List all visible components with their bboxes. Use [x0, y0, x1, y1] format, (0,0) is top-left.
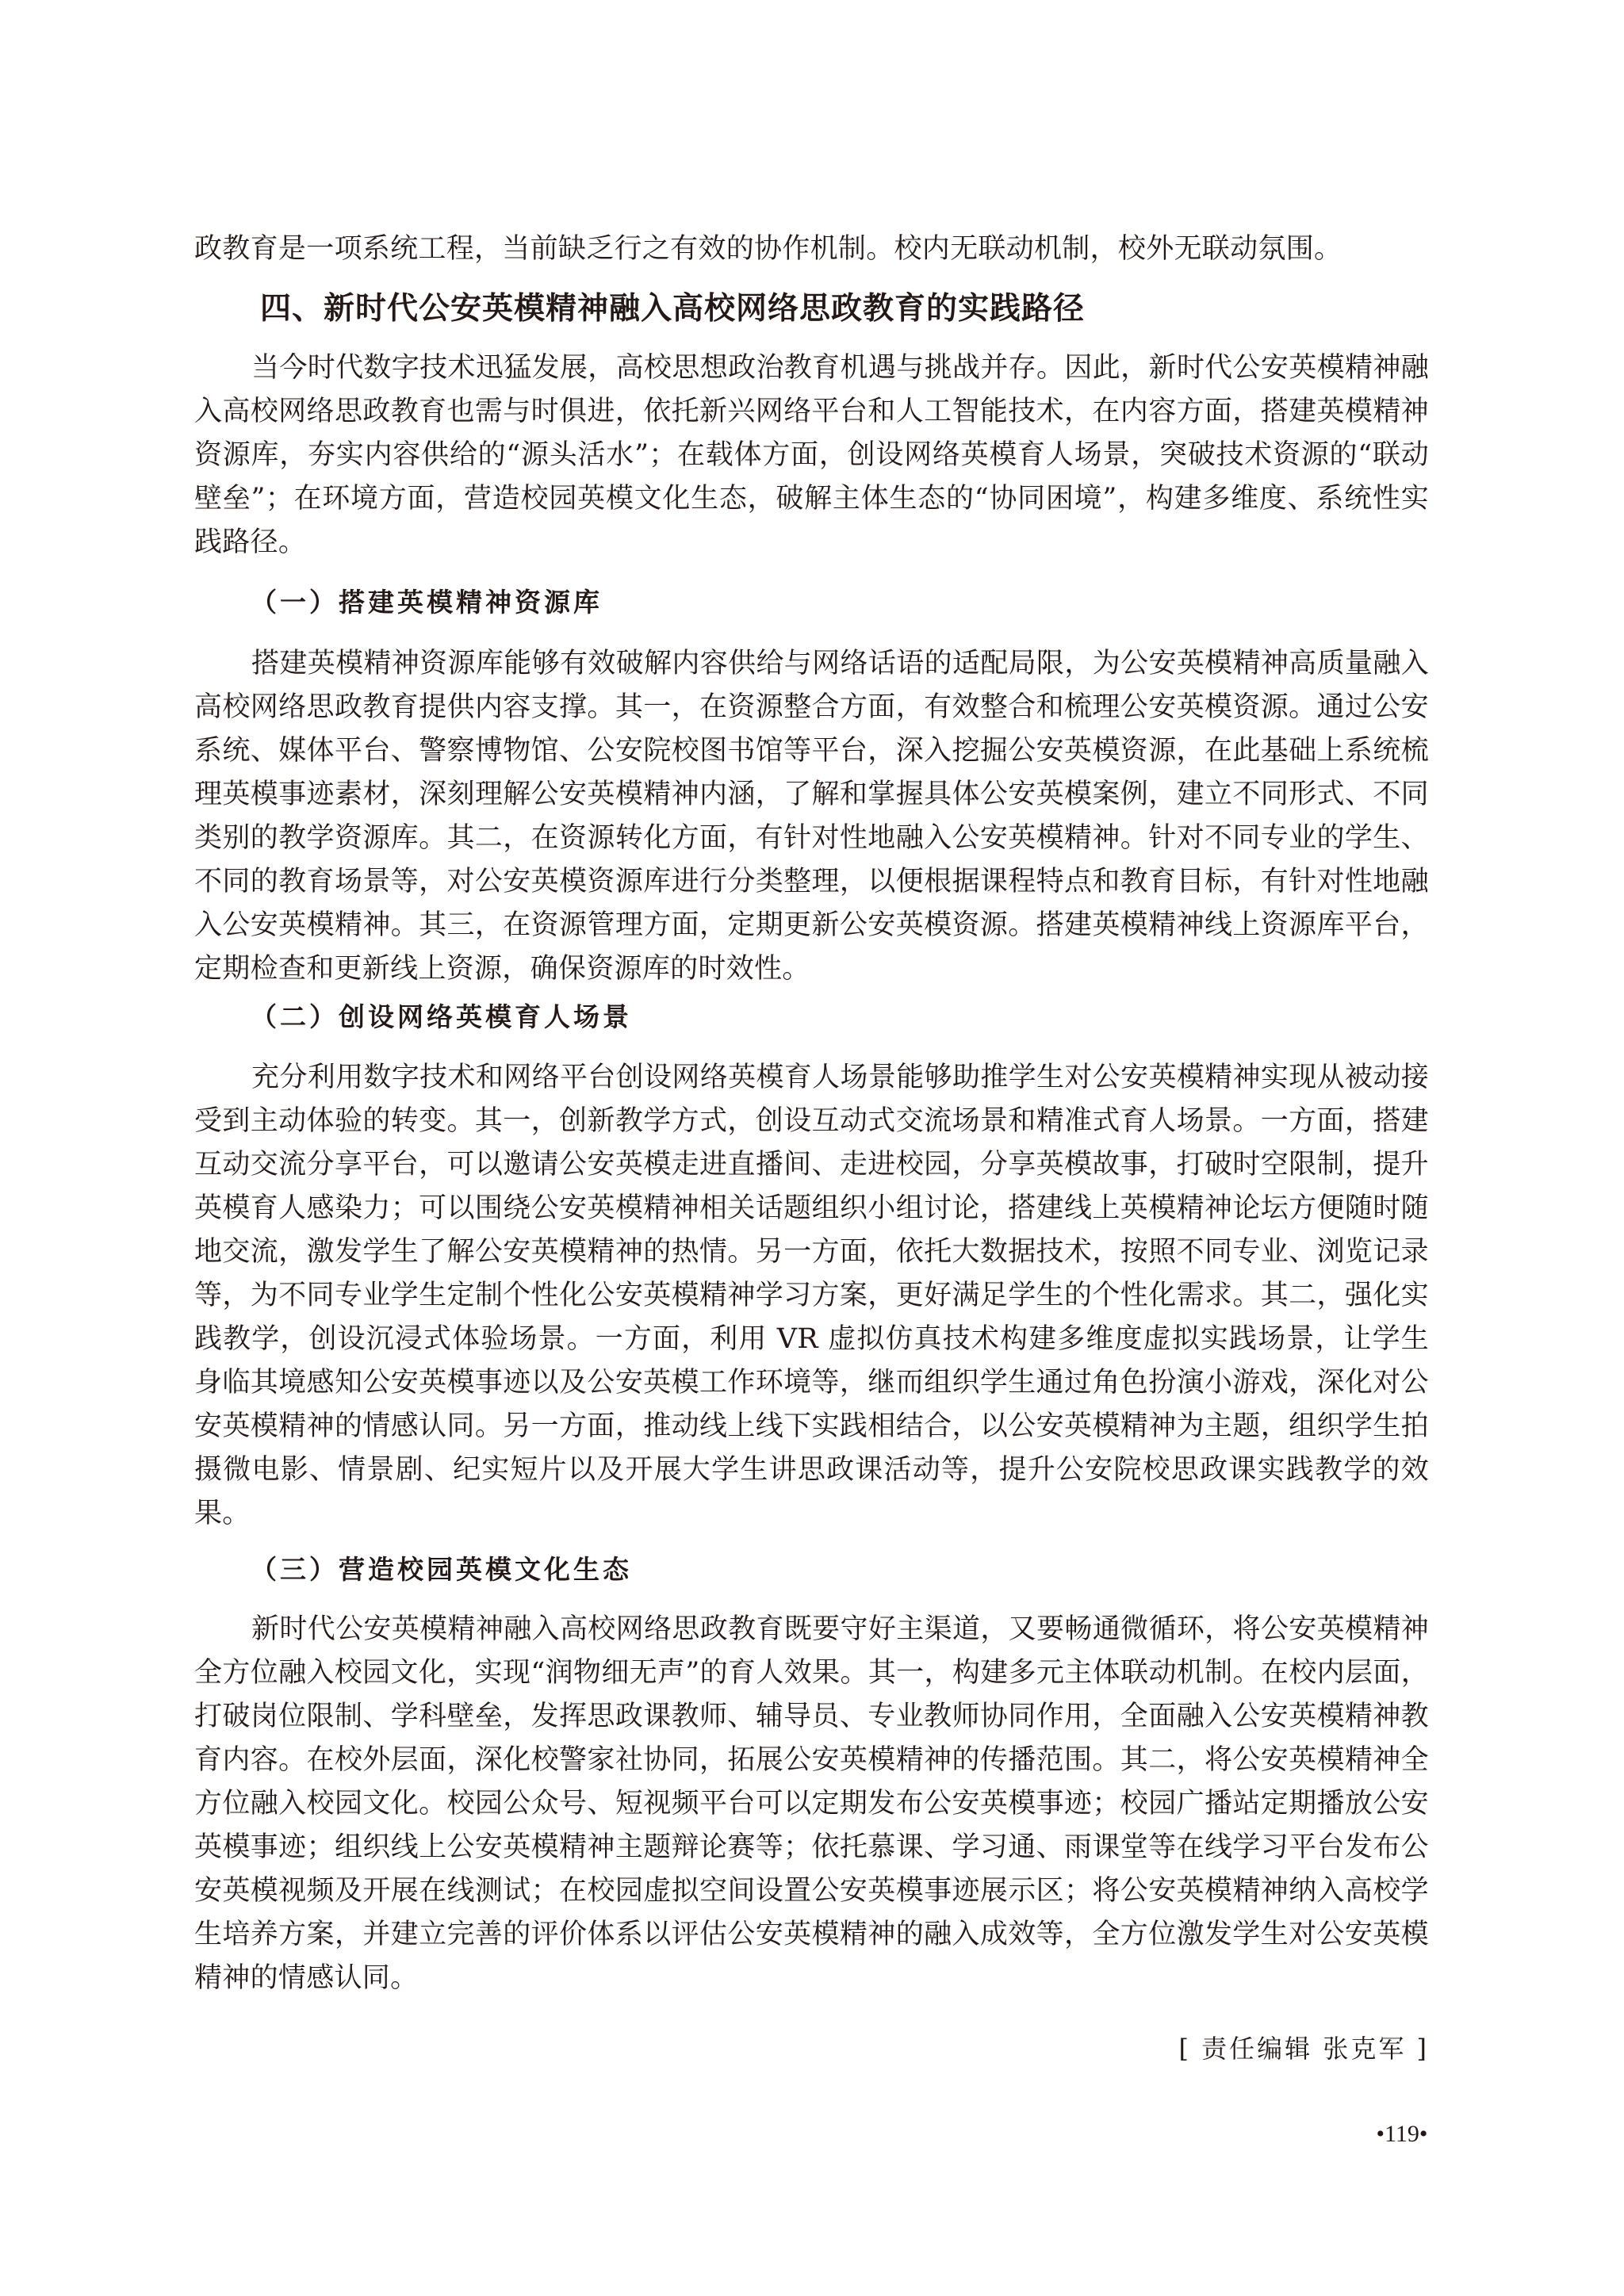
subsection-paragraph-1: 搭建英模精神资源库能够有效破解内容供给与网络话语的适配局限，为公安英模精神高质量…	[194, 642, 1429, 991]
subsection-paragraph-2: 充分利用数字技术和网络平台创设网络英模育人场景能够助推学生对公安英模精神实现从被…	[194, 1056, 1429, 1536]
page-number: •119•	[1370, 2118, 1434, 2150]
continuation-paragraph: 政教育是一项系统工程，当前缺乏行之有效的协作机制。校内无联动机制，校外无联动氛围…	[194, 228, 1429, 271]
responsible-editor-note: [ 责任编辑 张克军 ]	[1179, 2031, 1430, 2066]
subsection-heading-1: （一）搭建英模精神资源库	[251, 583, 603, 622]
subsection-paragraph-block-1: 搭建英模精神资源库能够有效破解内容供给与网络话语的适配局限，为公安英模精神高质量…	[194, 642, 1429, 991]
intro-paragraph-block: 当今时代数字技术迅猛发展，高校思想政治教育机遇与挑战并存。因此，新时代公安英模精…	[194, 346, 1429, 564]
section-heading: 四、新时代公安英模精神融入高校网络思政教育的实践路径	[260, 289, 1085, 329]
intro-paragraph: 当今时代数字技术迅猛发展，高校思想政治教育机遇与挑战并存。因此，新时代公安英模精…	[194, 346, 1429, 564]
subsection-paragraph-block-3: 新时代公安英模精神融入高校网络思政教育既要守好主渠道，又要畅通微循环，将公安英模…	[194, 1608, 1429, 2000]
continuation-paragraph-block: 政教育是一项系统工程，当前缺乏行之有效的协作机制。校内无联动机制，校外无联动氛围…	[194, 228, 1429, 271]
subsection-heading-3: （三）营造校园英模文化生态	[251, 1550, 632, 1590]
document-page: 政教育是一项系统工程，当前缺乏行之有效的协作机制。校内无联动机制，校外无联动氛围…	[0, 0, 1624, 2296]
subsection-heading-2: （二）创设网络英模育人场景	[251, 997, 632, 1037]
subsection-paragraph-3: 新时代公安英模精神融入高校网络思政教育既要守好主渠道，又要畅通微循环，将公安英模…	[194, 1608, 1429, 2000]
subsection-paragraph-block-2: 充分利用数字技术和网络平台创设网络英模育人场景能够助推学生对公安英模精神实现从被…	[194, 1056, 1429, 1536]
